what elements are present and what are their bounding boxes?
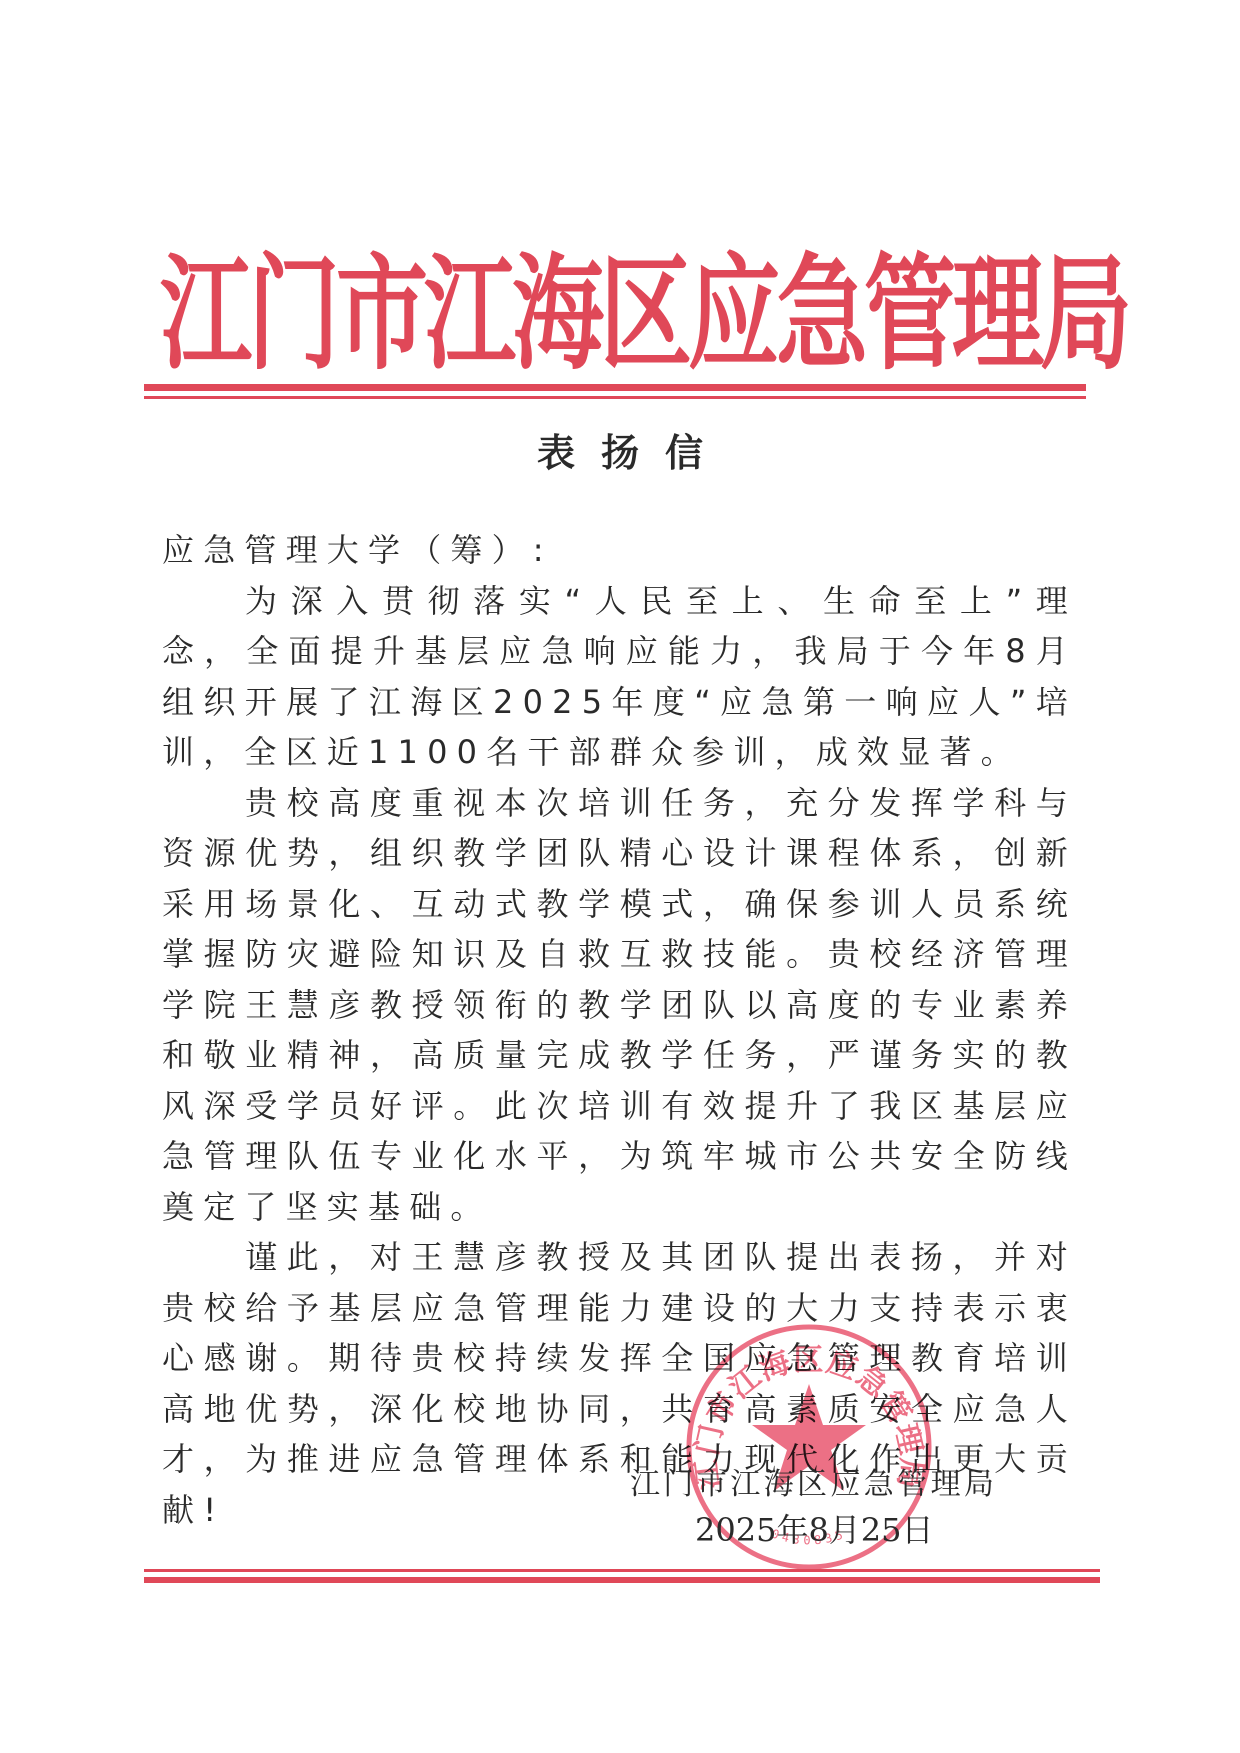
paragraph-1: 为深入贯彻落实“人民至上、生命至上”理念，全面提升基层应急响应能力，我局于今年8… [162, 576, 1077, 778]
header-rule-thin [144, 396, 1086, 399]
signature-date: 2025年8月25日 [695, 1510, 934, 1550]
salutation: 应急管理大学（筹）: [162, 525, 1077, 576]
document-title: 表扬信 [0, 428, 1240, 478]
header-rule-thick [144, 384, 1086, 391]
letter-body: 应急管理大学（筹）: 为深入贯彻落实“人民至上、生命至上”理念，全面提升基层应急… [162, 525, 1077, 1535]
signature-issuer: 江门市江海区应急管理局 [630, 1465, 997, 1505]
issuer-header-title: 江门市江海区应急管理局 [160, 230, 1060, 399]
paragraph-2: 贵校高度重视本次培训任务，充分发挥学科与资源优势，组织教学团队精心设计课程体系，… [162, 778, 1077, 1233]
footer-rule-thin [144, 1569, 1100, 1572]
footer-rule-thick [144, 1577, 1100, 1583]
